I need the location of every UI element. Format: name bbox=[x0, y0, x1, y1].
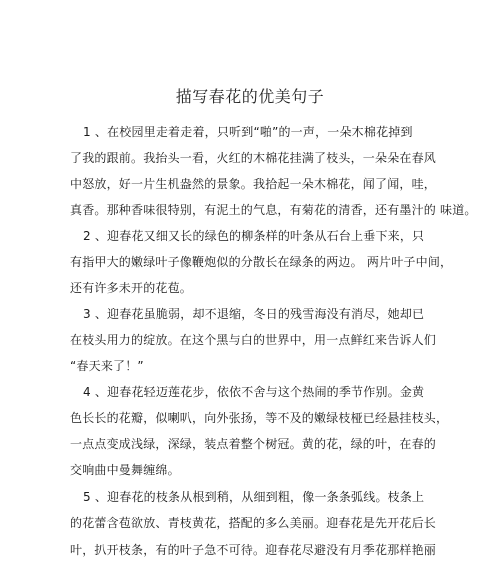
paragraph-3-line-3: “春天来了！” bbox=[70, 358, 144, 374]
paragraph-5-line-3: 叶，扒开枝条，有的叶子急不可待。迎春花尽避没有月季花那样艳丽 bbox=[70, 542, 436, 558]
paragraph-4-line-4: 交响曲中曼舞缠绵。 bbox=[70, 462, 180, 478]
paragraph-3-line-2: 在枝头用力的绽放。在这个黑与白的世界中，用一点鲜红来告诉人们 bbox=[70, 332, 436, 348]
document-title: 描写春花的优美句子 bbox=[0, 84, 500, 107]
paragraph-4-line-3: 一点点变成浅绿，深绿，装点着整个树冠。黄的花，绿的叶，在春的 bbox=[70, 436, 436, 452]
paragraph-1-line-1: 1 、在校园里走着走着，只听到“啪”的一声，一朵木棉花掉到 bbox=[83, 124, 413, 140]
paragraph-4-line-1: 4 、迎春花轻迈莲花步，依依不舍与这个热闹的季节作别。金黄 bbox=[83, 384, 424, 400]
paragraph-2-line-1: 2 、迎春花又细又长的绿色的柳条样的叶条从石台上垂下来，只 bbox=[83, 228, 424, 244]
paragraph-4-line-2: 色长长的花瓣，似喇叭，向外张扬，等不及的嫩绿枝桠已经悬挂枝头， bbox=[70, 410, 448, 426]
paragraph-1-line-2: 了我的跟前。我抬头一看，火红的木棉花挂满了枝头，一朵朵在春风 bbox=[70, 150, 436, 166]
paragraph-1-line-3: 中怒放，好一片生机盎然的景象。我拾起一朵木棉花，闻了闻，哇， bbox=[70, 176, 436, 192]
document-page: 描写春花的优美句子 1 、在校园里走着走着，只听到“啪”的一声，一朵木棉花掉到 … bbox=[0, 0, 500, 566]
paragraph-5-line-1: 5 、迎春花的枝条从根到稍，从细到粗，像一条条弧线。枝条上 bbox=[83, 489, 424, 505]
paragraph-3-line-1: 3 、迎春花虽脆弱，却不退缩，冬日的残雪海没有消尽，她却已 bbox=[83, 306, 424, 322]
paragraph-1-line-4: 真香。那种香味很特别，有泥土的气息，有菊花的清香，还有墨汁的 味道。 bbox=[70, 202, 477, 218]
paragraph-5-line-2: 的花蕾含苞欲放、青枝黄花，搭配的多么美丽。迎春花是先开花后长 bbox=[70, 515, 436, 531]
paragraph-2-line-2: 有指甲大的嫩绿叶子像鞭炮似的分散长在绿条的两边。 两片叶子中间， bbox=[70, 254, 452, 270]
paragraph-2-line-3: 还有许多未开的花苞。 bbox=[70, 280, 192, 296]
